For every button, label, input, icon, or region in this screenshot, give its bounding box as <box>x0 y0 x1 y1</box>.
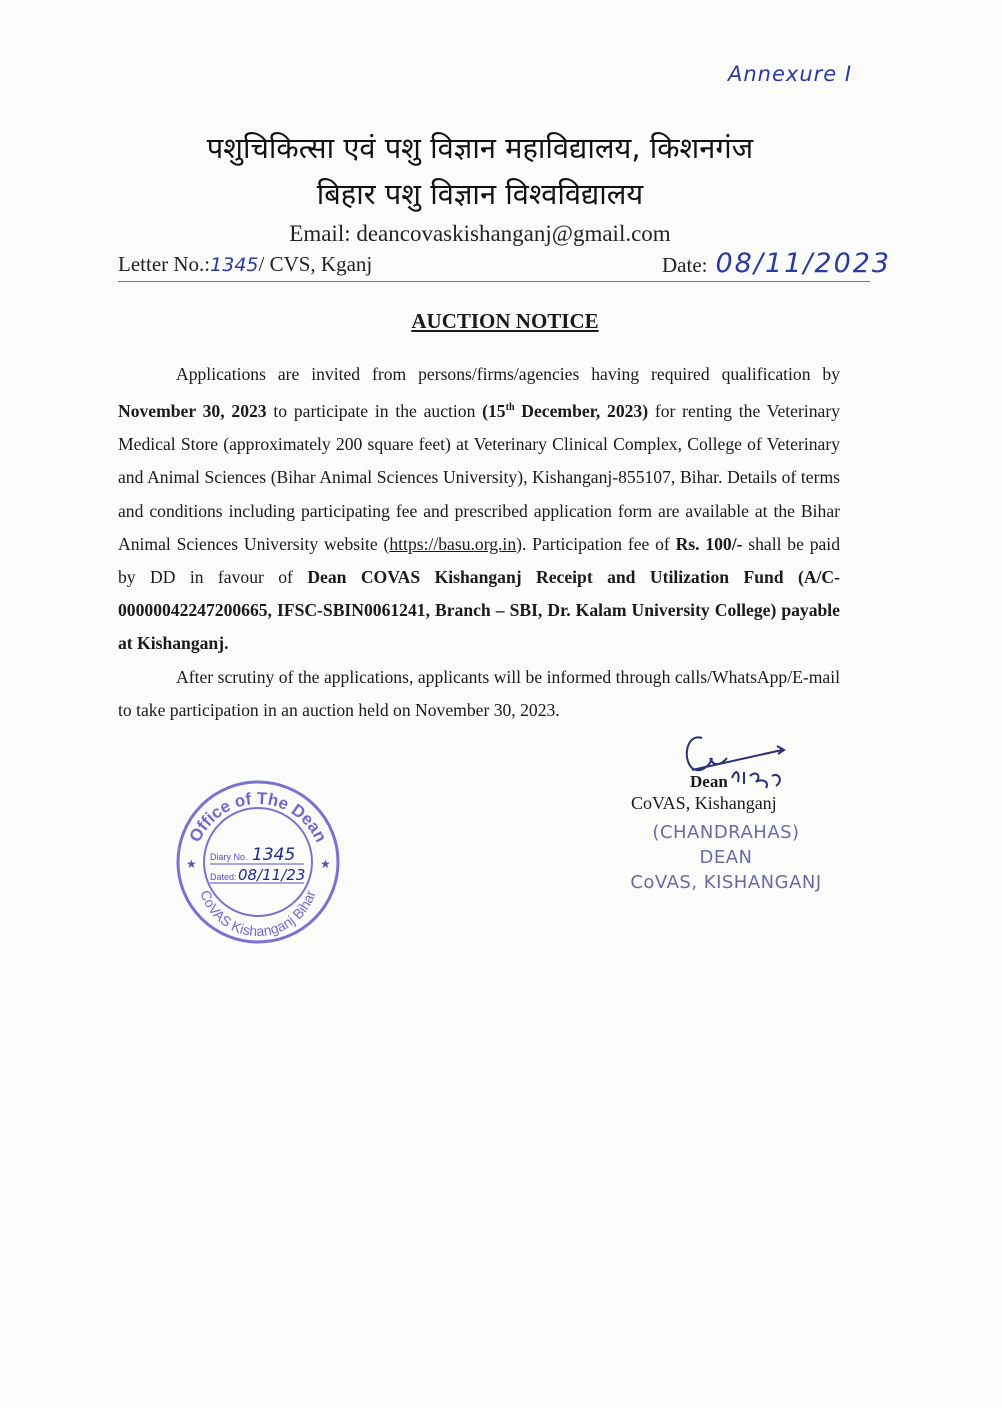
notice-body: Applications are invited from persons/fi… <box>118 358 840 727</box>
letter-no-label: Letter No.: <box>118 252 210 276</box>
letter-no-suffix: / CVS, Kganj <box>259 252 373 276</box>
date-handwritten: 08/11/2023 <box>715 248 891 279</box>
notice-paragraph-1: Applications are invited from persons/fi… <box>118 358 840 661</box>
header-divider <box>118 281 870 282</box>
notice-paragraph-2: After scrutiny of the applications, appl… <box>118 661 840 727</box>
name-stamp: (CHANDRAHAS) DEAN CoVAS, KISHANGANJ <box>606 820 846 895</box>
svg-text:★: ★ <box>186 857 197 871</box>
notice-title: AUCTION NOTICE <box>0 309 1002 334</box>
svg-text:Diary No.: Diary No. <box>210 852 248 862</box>
annexure-label: Annexure I <box>728 62 852 86</box>
website-link[interactable]: https://basu.org.in <box>389 534 516 554</box>
svg-text:1345: 1345 <box>252 845 295 865</box>
stamp-office: CoVAS, KISHANGANJ <box>606 870 846 895</box>
letter-date: Date:08/11/2023 <box>662 248 891 279</box>
office-seal-icon: Office of The Dean CoVAS Kishanganj Biha… <box>172 776 344 948</box>
svg-text:08/11/23: 08/11/23 <box>238 866 305 884</box>
letter-no-handwritten: 1345 <box>210 254 258 276</box>
stamp-name: (CHANDRAHAS) <box>606 820 846 845</box>
university-name-hindi: बिहार पशु विज्ञान विश्वविद्यालय <box>0 174 960 213</box>
stamp-title: DEAN <box>606 845 846 870</box>
letter-number: Letter No.:1345/ CVS, Kganj <box>118 252 372 277</box>
signatory-office: CoVAS, Kishanganj <box>631 793 777 814</box>
institution-name-hindi: पशुचिकित्सा एवं पशु विज्ञान महाविद्यालय,… <box>0 128 960 167</box>
signature-scribble-icon <box>632 728 832 792</box>
date-label: Date: <box>662 253 707 277</box>
svg-text:Office of The Dean: Office of The Dean <box>185 789 330 845</box>
svg-text:Dated:: Dated: <box>210 872 237 882</box>
signatory-designation: Dean <box>690 772 728 792</box>
email-line: Email: deancovaskishanganj@gmail.com <box>0 221 960 247</box>
svg-text:★: ★ <box>320 857 331 871</box>
